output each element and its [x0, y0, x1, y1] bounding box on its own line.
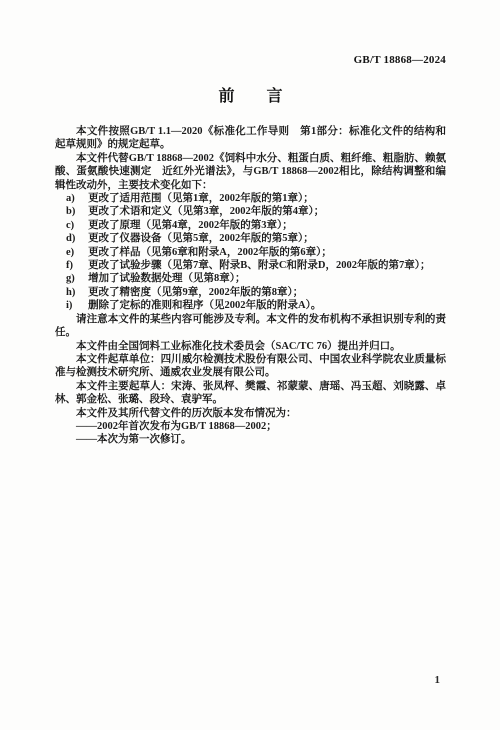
change-item-i: i) 删除了定标的准则和程序（见2002年版的附录A）。 — [55, 299, 446, 312]
document-page: GB/T 18868—2024 前 言 本文件按照GB/T 1.1—2020《标… — [0, 0, 500, 730]
document-body: 本文件按照GB/T 1.1—2020《标准化工作导则 第1部分：标准化文件的结构… — [55, 125, 446, 447]
change-item-c: c) 更改了原理（见第4章，2002年版的第3章）； — [55, 219, 446, 232]
change-item-text: 更改了试验步骤（见第7章、附录B、附录C和附录D，2002年版的第7章）； — [88, 259, 446, 272]
paragraph-drafters: 本文件主要起草人：宋涛、张凤枰、樊霞、祁蒙蒙、唐瑶、冯玉超、刘晓露、卓林、郭金松… — [55, 380, 446, 407]
change-item-e: e) 更改了样品（见第6章和附录A，2002年版的第6章）； — [55, 246, 446, 259]
paragraph-drafting-basis: 本文件按照GB/T 1.1—2020《标准化工作导则 第1部分：标准化文件的结构… — [55, 125, 446, 152]
change-item-marker: h) — [66, 286, 88, 299]
change-item-text: 更改了原理（见第4章，2002年版的第3章）； — [88, 219, 446, 232]
change-item-g: g) 增加了试验数据处理（见第8章）； — [55, 272, 446, 285]
change-item-marker: a) — [66, 192, 88, 205]
change-item-text: 删除了定标的准则和程序（见2002年版的附录A）。 — [88, 299, 446, 312]
change-item-marker: e) — [66, 246, 88, 259]
change-item-text: 更改了样品（见第6章和附录A，2002年版的第6章）； — [88, 246, 446, 259]
change-item-text: 更改了仪器设备（见第5章，2002年版的第5章）； — [88, 232, 446, 245]
change-item-text: 更改了精密度（见第9章，2002年版的第8章）； — [88, 286, 446, 299]
paragraph-drafting-organizations: 本文件起草单位：四川威尔检测技术股份有限公司、中国农业科学院农业质量标准与检测技… — [55, 353, 446, 380]
change-item-text: 更改了术语和定义（见第3章，2002年版的第4章）； — [88, 205, 446, 218]
paragraph-committee: 本文件由全国饲料工业标准化技术委员会（SAC/TC 76）提出并归口。 — [55, 340, 446, 353]
change-item-marker: b) — [66, 205, 88, 218]
paragraph-replaces-statement: 本文件代替GB/T 18868—2002《饲料中水分、粗蛋白质、粗纤维、粗脂肪、… — [55, 152, 446, 192]
history-item-first-release: ——2002年首次发布为GB/T 18868—2002； — [55, 420, 446, 433]
page-title: 前 言 — [55, 83, 446, 106]
history-item-current-revision: ——本次为第一次修订。 — [55, 433, 446, 446]
change-item-marker: c) — [66, 219, 88, 232]
change-item-b: b) 更改了术语和定义（见第3章，2002年版的第4章）； — [55, 205, 446, 218]
change-item-marker: f) — [66, 259, 88, 272]
change-item-a: a) 更改了适用范围（见第1章，2002年版的第1章）； — [55, 192, 446, 205]
paragraph-history-intro: 本文件及其所代替文件的历次版本发布情况为： — [55, 407, 446, 420]
change-item-d: d) 更改了仪器设备（见第5章，2002年版的第5章）； — [55, 232, 446, 245]
change-item-text: 更改了适用范围（见第1章，2002年版的第1章）； — [88, 192, 446, 205]
change-item-f: f) 更改了试验步骤（见第7章、附录B、附录C和附录D，2002年版的第7章）； — [55, 259, 446, 272]
change-item-marker: d) — [66, 232, 88, 245]
change-item-h: h) 更改了精密度（见第9章，2002年版的第8章）； — [55, 286, 446, 299]
change-item-marker: i) — [66, 299, 88, 312]
change-item-marker: g) — [66, 272, 88, 285]
paragraph-patent-notice: 请注意本文件的某些内容可能涉及专利。本文件的发布机构不承担识别专利的责任。 — [55, 313, 446, 340]
standard-number: GB/T 18868—2024 — [55, 54, 446, 66]
page-number: 1 — [435, 674, 441, 686]
change-item-text: 增加了试验数据处理（见第8章）； — [88, 272, 446, 285]
